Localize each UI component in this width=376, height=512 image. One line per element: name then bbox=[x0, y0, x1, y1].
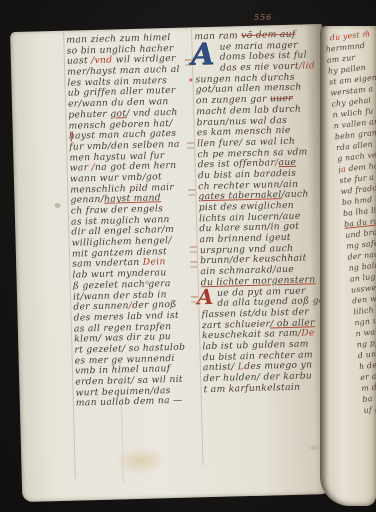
line-filler-mark bbox=[185, 59, 192, 65]
rubricated-text: aue bbox=[278, 157, 296, 168]
ink-text: zart schlueier bbox=[202, 318, 271, 331]
ink-text: man uallab dem na — bbox=[76, 396, 183, 409]
ink-text: ng pfleu bbox=[356, 337, 376, 350]
line-filler-mark bbox=[188, 189, 195, 195]
line-filler-mark bbox=[187, 142, 194, 148]
line-filler-mark bbox=[190, 261, 197, 267]
ink-text: wil wirdiger bbox=[112, 54, 175, 66]
rubricated-text: võ dem auf bbox=[241, 29, 296, 41]
ink-text: der sunnen bbox=[73, 300, 129, 312]
facing-page-text: · du yest m̃hermmndam zurhy pallenst am … bbox=[324, 27, 376, 416]
ink-text: genan/ bbox=[70, 194, 104, 206]
ink-text: / vnd auch bbox=[126, 107, 178, 119]
ink-text: t am karfunkelstain bbox=[203, 382, 300, 395]
ink-text: der gnoß bbox=[132, 299, 177, 311]
rubricated-text: hayst mand bbox=[104, 193, 161, 205]
ink-text: ba wure r bbox=[362, 391, 376, 404]
text-line: man uallab dem na — bbox=[76, 396, 204, 410]
initial-flourish-dot bbox=[189, 78, 192, 81]
text-column-left: man ziech zum himelso bin unglich hacher… bbox=[66, 32, 204, 409]
ink-text: des muego yn bbox=[244, 360, 312, 372]
ink-text: antist/ bbox=[203, 362, 238, 374]
rubricated-text: /vnd bbox=[91, 55, 113, 67]
decorated-initial-red: A bbox=[197, 286, 214, 307]
line-filler-mark bbox=[191, 296, 198, 302]
manuscript-page: man ziech zum himelso bin unglich hacher… bbox=[10, 24, 334, 502]
ink-text: sam vndertan bbox=[72, 257, 143, 270]
ink-text: uf ge zalt bbox=[363, 402, 376, 415]
facing-page-edge: · du yest m̃hermmndam zurhy pallenst am … bbox=[320, 26, 376, 506]
parchment-speck bbox=[55, 203, 61, 208]
line-filler-mark bbox=[190, 246, 197, 252]
rubricated-text: Dein bbox=[143, 257, 166, 269]
ink-text: /auch bbox=[281, 189, 308, 200]
folio-number: 556 bbox=[254, 13, 272, 22]
rubricated-text: / ob aller bbox=[270, 317, 315, 329]
ink-text: war bbox=[70, 162, 92, 174]
ink-text: uast bbox=[67, 55, 91, 67]
ink-text: pehuter bbox=[68, 108, 110, 120]
ink-text: na got dem hern bbox=[95, 161, 177, 174]
ink-text: m dem vo bbox=[361, 380, 376, 393]
decorated-initial-blue: A bbox=[190, 40, 214, 71]
manuscript-photo: { "folio": { "number": "556" }, "colors"… bbox=[0, 0, 376, 512]
rubricated-text: uuer bbox=[270, 93, 293, 104]
ink-text: h dem t bbox=[359, 359, 376, 371]
ink-text: n walt fu bbox=[355, 326, 376, 339]
rubricated-text: got bbox=[110, 108, 126, 119]
parchment-stain bbox=[113, 446, 168, 475]
